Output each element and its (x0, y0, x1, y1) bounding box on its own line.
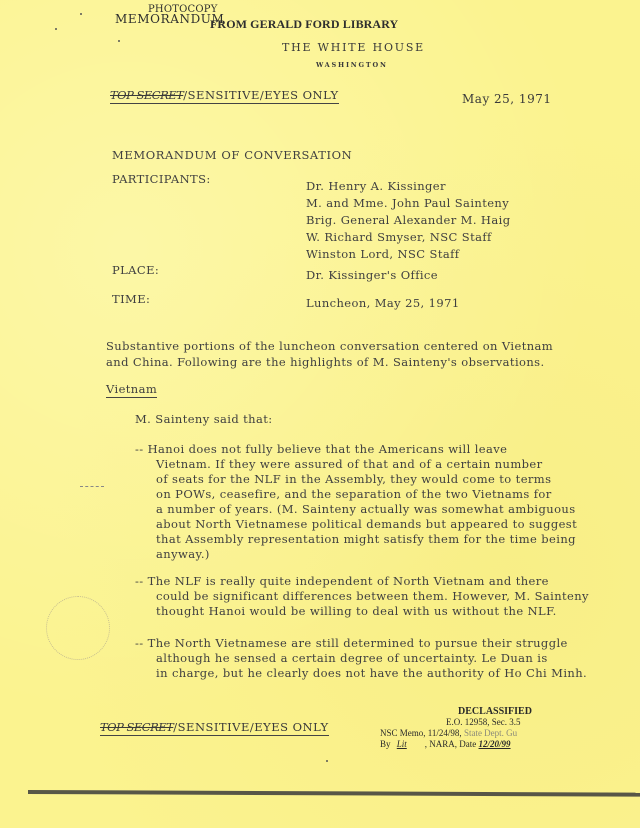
scan-speck (118, 40, 120, 42)
bottom-scan-rule (28, 790, 640, 797)
bullet-line: Vietnam. If they were assured of that an… (135, 457, 577, 472)
classification-suffix: /SENSITIVE/EYES ONLY (183, 88, 338, 102)
participant: M. and Mme. John Paul Sainteny (306, 195, 510, 212)
classification-struck-prefix: TOP SECRET (100, 720, 173, 734)
memorandum-label: MEMORANDUM (115, 12, 224, 26)
intro-paragraph: Substantive portions of the luncheon con… (106, 338, 553, 370)
memo-date: May 25, 1971 (462, 92, 551, 106)
participant: W. Richard Smyser, NSC Staff (306, 229, 510, 246)
margin-dash-mark (80, 486, 104, 487)
bullet-line: -- The North Vietnamese are still determ… (135, 636, 587, 651)
intro-line: and China. Following are the highlights … (106, 354, 553, 370)
classification-struck-prefix: TOP SECRET (110, 88, 183, 102)
intro-line: Substantive portions of the luncheon con… (106, 338, 553, 354)
bullet-line: a number of years. (M. Sainteny actually… (135, 502, 577, 517)
bullet-line: although he sensed a certain degree of u… (135, 651, 587, 666)
bullet-line: on POWs, ceasefire, and the separation o… (135, 487, 577, 502)
bullet-line: -- The NLF is really quite independent o… (135, 574, 589, 589)
bullet-line: of seats for the NLF in the Assembly, th… (135, 472, 577, 487)
declassified-title: DECLASSIFIED (380, 706, 580, 717)
document-page: PHOTOCOPY MEMORANDUM FROM GERALD FORD LI… (0, 0, 640, 828)
library-seal-watermark (46, 596, 110, 660)
memo-title: MEMORANDUM OF CONVERSATION (112, 148, 352, 162)
declassified-by-line: By Lit, NARA, Date 12/20/99 (380, 739, 580, 750)
participant: Brig. General Alexander M. Haig (306, 212, 510, 229)
declassification-stamp: DECLASSIFIED E.O. 12958, Sec. 3.5 NSC Me… (380, 706, 580, 750)
time-label: TIME: (112, 292, 150, 306)
scan-speck (80, 13, 82, 15)
photocopy-stamp-source: FROM GERALD FORD LIBRARY (210, 17, 398, 32)
bullet-line: -- Hanoi does not fully believe that the… (135, 442, 577, 457)
declassified-memo-ref: NSC Memo, 11/24/98, State Dept. Gu (380, 728, 580, 739)
classification-marking-bottom: TOP SECRET/SENSITIVE/EYES ONLY (100, 720, 329, 736)
letterhead-organization: THE WHITE HOUSE (282, 41, 425, 54)
section-heading-vietnam: Vietnam (106, 382, 157, 398)
participants-label: PARTICIPANTS: (112, 172, 211, 186)
bullet-line: thought Hanoi would be willing to deal w… (135, 604, 589, 619)
bullet-line: that Assembly representation might satis… (135, 532, 577, 547)
letterhead-city: WASHINGTON (316, 61, 388, 69)
scan-speck (326, 760, 328, 762)
bullet-line: anyway.) (135, 547, 577, 562)
bullet-line: could be significant differences between… (135, 589, 589, 604)
place-label: PLACE: (112, 263, 159, 277)
scan-speck (55, 28, 57, 30)
lead-sentence: M. Sainteny said that: (135, 412, 273, 426)
classification-suffix: /SENSITIVE/EYES ONLY (173, 720, 328, 734)
reviewer-initials: Lit (393, 739, 425, 749)
participants-list: Dr. Henry A. Kissinger M. and Mme. John … (306, 178, 510, 263)
declassified-date: 12/20/99 (479, 739, 511, 749)
time-value: Luncheon, May 25, 1971 (306, 296, 460, 310)
bullet-line: in charge, but he clearly does not have … (135, 666, 587, 681)
bullet-item: -- The North Vietnamese are still determ… (135, 636, 587, 681)
classification-marking-top: TOP SECRET/SENSITIVE/EYES ONLY (110, 88, 339, 104)
place-value: Dr. Kissinger's Office (306, 268, 438, 282)
bullet-line: about North Vietnamese political demands… (135, 517, 577, 532)
declassified-authority: E.O. 12958, Sec. 3.5 (380, 717, 580, 728)
participant: Winston Lord, NSC Staff (306, 246, 510, 263)
bullet-item: -- The NLF is really quite independent o… (135, 574, 589, 619)
participant: Dr. Henry A. Kissinger (306, 178, 510, 195)
bullet-item: -- Hanoi does not fully believe that the… (135, 442, 577, 562)
